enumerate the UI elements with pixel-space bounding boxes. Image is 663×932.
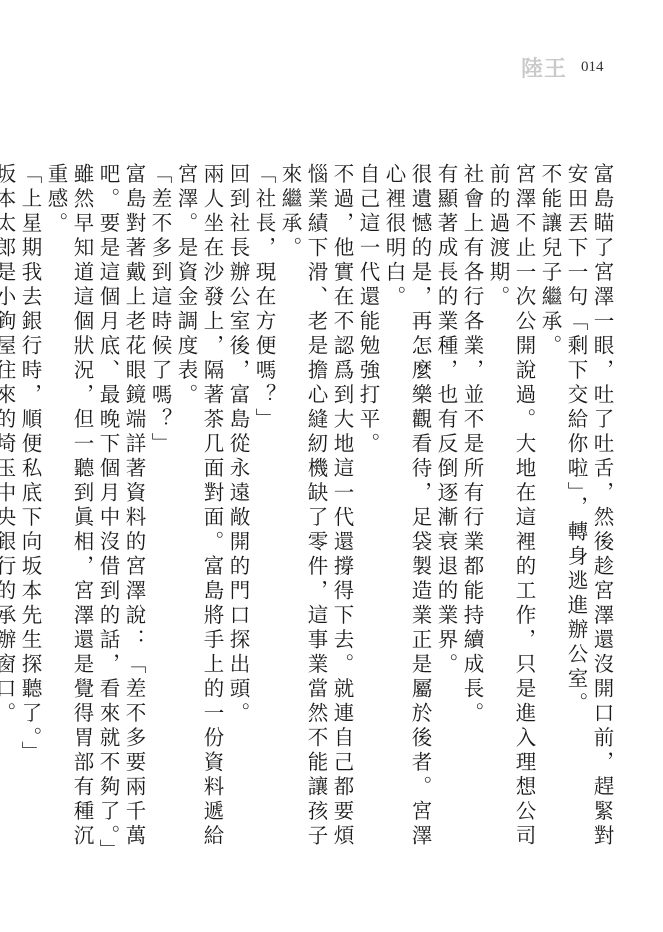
paragraph: 兩人坐在沙發上，隔著茶几面對面。富島將手上的一份資料遞給宮澤。是資金調度表。 <box>173 163 225 863</box>
paragraph: 「社長，現在方便嗎？」 <box>251 163 277 863</box>
paragraph: 富島對著戴上老花眼鏡端詳著資料的宮澤說：「差不多要兩千萬吧。要是這個月底、最晚下… <box>95 163 147 863</box>
paragraph: 自己這一代還能勉強打平。 <box>355 163 381 863</box>
paragraph: 坂本太郎是小鉤屋往來的埼玉中央銀行的承辦窗口。 <box>0 163 17 863</box>
book-title: 陸王 <box>521 52 567 83</box>
page-header: 陸王 014 <box>521 52 604 83</box>
paragraph: 很遺憾的是，再怎麼樂觀看待，足袋製造業正是屬於後者。宮澤心裡很明白。 <box>381 163 433 863</box>
paragraph: 宮澤不止一次公開說過。大地在這裡的工作，只是進入理想公司前的過渡期。 <box>485 163 537 863</box>
paragraph: 有顯著成長的業種，也有反倒逐漸衰退的業界。 <box>433 163 459 863</box>
paragraph: 不能讓兒子繼承。 <box>537 163 563 863</box>
paragraph: 回到社長辦公室後，富島從永遠敞開的門口探出頭。 <box>225 163 251 863</box>
paragraph: 「差不多到這時候了嗎？」 <box>147 163 173 863</box>
vertical-text-body: 富島瞄了宮澤一眼，吐了吐舌，然後趁宮澤還沒開口前，趕緊對安田丟下一句「剩下交給你… <box>0 163 615 863</box>
page-number: 014 <box>581 59 604 76</box>
paragraph: 「上星期我去銀行時，順便私底下向坂本先生探聽了。」 <box>17 163 43 863</box>
paragraph: 雖然早知道這個狀況，但一聽到眞相，宮澤還是覺得胃部有種沉重感。 <box>43 163 95 863</box>
paragraph: 不過，他實在不認爲到大地這一代還撐得下去。就連自己都要煩惱業績下滑、老是擔心縫紉… <box>277 163 355 863</box>
paragraph: 富島瞄了宮澤一眼，吐了吐舌，然後趁宮澤還沒開口前，趕緊對安田丟下一句「剩下交給你… <box>563 163 615 863</box>
paragraph: 社會上有各行各業，並不是所有行業都能持續成長。 <box>459 163 485 863</box>
